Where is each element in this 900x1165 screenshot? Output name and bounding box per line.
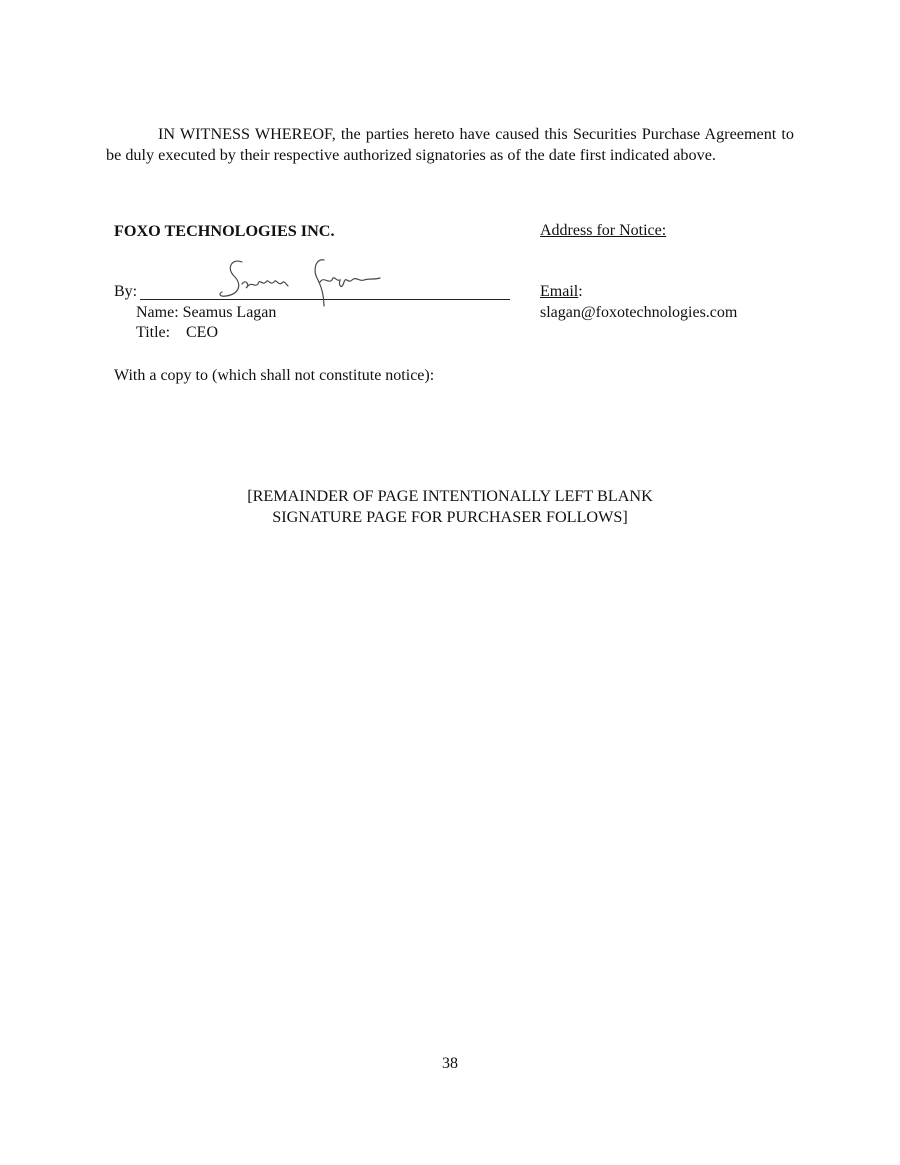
signatory-name: Name: Seamus Lagan xyxy=(136,304,276,322)
company-name: FOXO TECHNOLOGIES INC. xyxy=(114,222,335,241)
by-label: By: xyxy=(114,283,137,301)
signature-image: Seamus Lagan xyxy=(212,250,392,312)
address-for-notice-heading: Address for Notice: xyxy=(540,222,666,240)
email-label-text: Email xyxy=(540,283,578,300)
email-address: slagan@foxotechnologies.com xyxy=(540,304,737,322)
email-colon: : xyxy=(578,283,582,300)
remainder-notice: [REMAINDER OF PAGE INTENTIONALLY LEFT BL… xyxy=(0,486,900,528)
title-value: CEO xyxy=(186,324,218,341)
signatory-title: Title:CEO xyxy=(136,324,218,342)
email-label: Email: xyxy=(540,283,583,301)
witness-text: IN WITNESS WHEREOF, the parties hereto h… xyxy=(106,125,794,164)
remainder-line-1: [REMAINDER OF PAGE INTENTIONALLY LEFT BL… xyxy=(0,486,900,507)
page-number: 38 xyxy=(0,1055,900,1073)
title-label: Title: xyxy=(136,324,186,342)
witness-paragraph: IN WITNESS WHEREOF, the parties hereto h… xyxy=(106,124,794,165)
copy-to-note: With a copy to (which shall not constitu… xyxy=(114,367,434,385)
remainder-line-2: SIGNATURE PAGE FOR PURCHASER FOLLOWS] xyxy=(0,507,900,528)
